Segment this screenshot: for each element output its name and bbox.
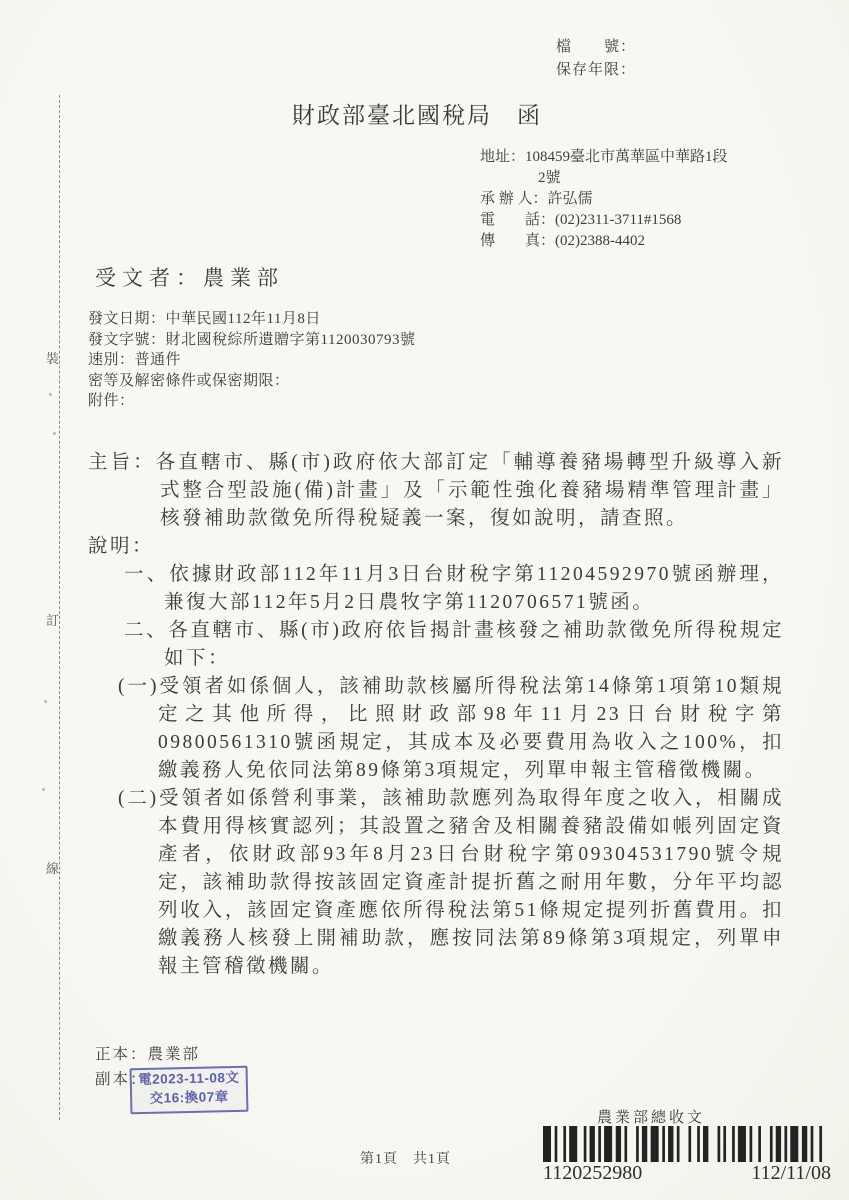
fax-label: 傳 真：	[480, 233, 555, 249]
explanation-item-1: 一、依據財政部112年11月3日台財稅字第11204592970號函辦理，兼復大…	[124, 561, 784, 617]
barcode-number: 1120252980	[543, 1162, 642, 1185]
classification-line: 密等及解密條件或保密期限：	[88, 371, 415, 392]
sender-phone-line: 電 話：(02)2311-3711#1568	[480, 210, 728, 231]
sender-contact-block: 地址：108459臺北市萬華區中華路1段 2號 承 辦 人：許弘儒 電 話：(0…	[480, 147, 728, 252]
doc-number-label: 發文字號：	[88, 332, 166, 348]
explanation-subitem-1: (一)受領者如係個人，該補助款核屬所得稅法第14條第1項第10類規定之其他所得，…	[118, 673, 784, 785]
barcode-caption: 1120252980 112/11/08	[543, 1162, 831, 1185]
recipient-label: 受文者：	[95, 266, 203, 290]
binding-char-zhuang: 裝	[46, 348, 62, 367]
subject-text: 各直轄市、縣(市)政府依大部訂定「輔導養豬場轉型升級導入新式整合型設施(備)計畫…	[156, 452, 784, 529]
subitem-1-text: 受領者如係個人，該補助款核屬所得稅法第14條第1項第10類規定之其他所得，比照財…	[158, 676, 784, 781]
barcode-date: 112/11/08	[751, 1162, 831, 1185]
received-barcode	[543, 1126, 831, 1162]
priority-line: 速別：普通件	[88, 350, 415, 371]
subject-paragraph: 主旨：各直轄市、縣(市)政府依大部訂定「輔導養豬場轉型升級導入新式整合型設施(備…	[88, 449, 784, 533]
address-value: 108459臺北市萬華區中華路1段	[525, 149, 728, 165]
address-label: 地址：	[480, 149, 525, 165]
priority-value: 普通件	[135, 352, 182, 368]
binding-char-xian: 線	[46, 858, 62, 877]
recipient-value: 農業部	[203, 266, 284, 290]
explanation-item-2: 二、各直轄市、縣(市)政府依旨揭計畫核發之補助款徵免所得稅規定如下：	[124, 617, 784, 673]
original-value: 農業部	[148, 1046, 201, 1063]
sender-fax-line: 傳 真：(02)2388-4402	[480, 231, 728, 252]
stamp-line-2: 交16:換07章	[132, 1087, 246, 1108]
sender-officer-line: 承 辦 人：許弘儒	[480, 189, 728, 210]
item-1-number: 一、	[124, 564, 169, 585]
officer-label: 承 辦 人：	[480, 191, 548, 207]
explanation-subitem-2: (二)受領者如係營利事業，該補助款應列為取得年度之收入，相關成本費用得核實認列；…	[118, 785, 784, 981]
doc-number-value: 財北國稅綜所遺贈字第1120030793號	[166, 332, 416, 348]
scanned-official-letter: 裝 訂 線 檔 號： 保存年限： 財政部臺北國稅局 函 地址：108459臺北市…	[0, 0, 849, 1200]
attachment-line: 附件：	[88, 391, 415, 412]
binding-char-ding: 訂	[46, 610, 62, 629]
issue-date-value: 中華民國112年11月8日	[166, 311, 321, 327]
filing-block: 檔 號： 保存年限：	[556, 36, 636, 82]
doc-number-line: 發文字號：財北國稅綜所遺贈字第1120030793號	[88, 330, 415, 351]
scan-speck	[49, 393, 52, 396]
issue-date-line: 發文日期：中華民國112年11月8日	[88, 309, 415, 330]
priority-label: 速別：	[88, 352, 135, 368]
page-number: 第1頁 共1頁	[360, 1148, 451, 1168]
explanation-heading: 說明：	[88, 533, 784, 561]
item-1-text: 依據財政部112年11月3日台財稅字第11204592970號函辦理，兼復大部1…	[164, 564, 784, 613]
subitem-2-text: 受領者如係營利事業，該補助款應列為取得年度之收入，相關成本費用得核實認列；其設置…	[158, 788, 784, 977]
item-2-number: 二、	[124, 620, 168, 641]
binding-dashed-line	[59, 95, 60, 1120]
item-2-text: 各直轄市、縣(市)政府依旨揭計畫核發之補助款徵免所得稅規定如下：	[164, 620, 784, 669]
subitem-2-number: (二)	[118, 788, 159, 809]
sender-address-line2: 2號	[480, 168, 728, 189]
scan-speck	[42, 788, 45, 791]
subject-label: 主旨：	[88, 452, 156, 473]
scan-speck	[44, 700, 47, 703]
fax-value: (02)2388-4402	[555, 233, 645, 249]
original-copy-line: 正本：農業部	[95, 1042, 200, 1067]
original-label: 正本：	[95, 1046, 148, 1063]
file-number-label: 檔 號：	[556, 36, 636, 59]
phone-label: 電 話：	[480, 212, 555, 228]
officer-value: 許弘儒	[548, 191, 593, 207]
stamp-line-1: 電2023-11-08文	[132, 1068, 246, 1089]
electronic-exchange-stamp: 電2023-11-08文 交16:換07章	[130, 1066, 249, 1114]
letter-body: 主旨：各直轄市、縣(市)政府依大部訂定「輔導養豬場轉型升級導入新式整合型設施(備…	[88, 449, 784, 981]
recipient-line: 受文者：農業部	[95, 262, 284, 292]
phone-value: (02)2311-3711#1568	[555, 212, 681, 228]
classification-label: 密等及解密條件或保密期限：	[88, 373, 290, 389]
document-title: 財政部臺北國稅局 函	[292, 97, 542, 130]
retention-period-label: 保存年限：	[556, 59, 636, 82]
scan-speck	[53, 432, 56, 435]
received-stamp-title: 農業部總收文	[597, 1106, 705, 1127]
attachment-label: 附件：	[88, 393, 135, 409]
issue-date-label: 發文日期：	[88, 311, 166, 327]
document-meta-block: 發文日期：中華民國112年11月8日 發文字號：財北國稅綜所遺贈字第112003…	[88, 309, 415, 412]
sender-address-line1: 地址：108459臺北市萬華區中華路1段	[480, 147, 728, 168]
subitem-1-number: (一)	[118, 676, 159, 697]
